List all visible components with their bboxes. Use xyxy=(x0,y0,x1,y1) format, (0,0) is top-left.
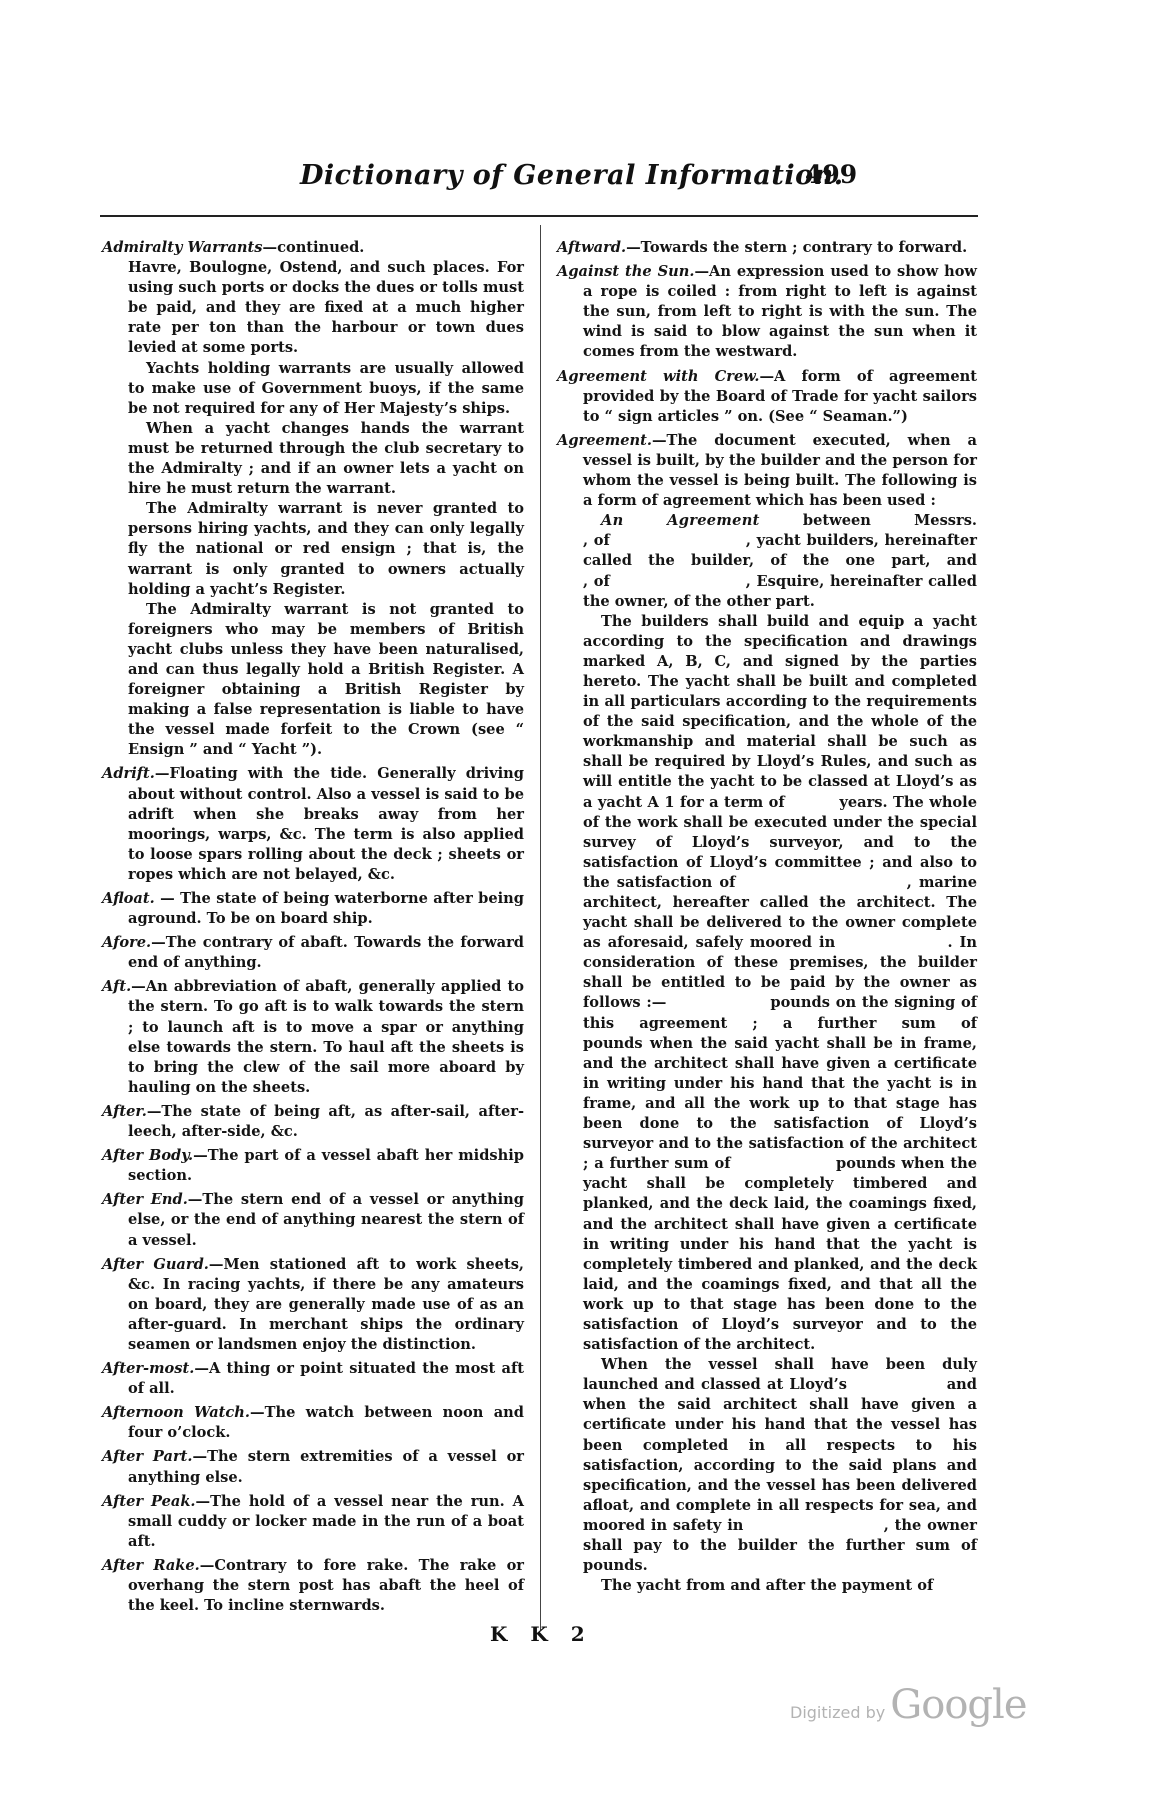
dictionary-entry-aft: Aft.—An abbreviation of abaft, generally… xyxy=(102,977,524,1098)
right-column: Aftward.—Towards the stern ; contrary to… xyxy=(557,238,977,1596)
page-number: 499 xyxy=(805,160,857,189)
entry-definition: —The state of being aft, as after-sail, … xyxy=(128,1103,524,1140)
entry-term: After End. xyxy=(102,1191,188,1208)
dictionary-entry-after-peak: After Peak.—The hold of a vessel near th… xyxy=(102,1492,524,1552)
entry-term: Agreement with Crew. xyxy=(557,368,759,385)
header-rule xyxy=(100,215,978,217)
entry-term: After Body. xyxy=(102,1147,193,1164)
dictionary-entry-afore: Afore.—The contrary of abaft. Towards th… xyxy=(102,933,524,973)
entry-term: Afore. xyxy=(102,934,151,951)
running-title: Dictionary of General Information. xyxy=(300,160,844,191)
dictionary-entry-against-the-sun: Against the Sun.—An expression used to s… xyxy=(557,262,977,362)
entry-definition: —Floating with the tide. Generally drivi… xyxy=(128,765,524,882)
watermark-prefix: Digitized by xyxy=(790,1703,885,1722)
entry-definition: —The contrary of abaft. Towards the forw… xyxy=(128,934,524,971)
google-logo: Google xyxy=(890,1682,1026,1728)
dictionary-entry-aftward: Aftward.—Towards the stern ; contrary to… xyxy=(557,238,977,258)
dictionary-entry-afternoon-watch: Afternoon Watch.—The watch between noon … xyxy=(102,1403,524,1443)
entry-term: After-most. xyxy=(102,1360,194,1377)
continued-heading: Admiralty Warrants—continued. xyxy=(102,238,524,258)
entry-term: Against the Sun. xyxy=(557,263,694,280)
signature-mark: K K 2 xyxy=(490,1622,593,1646)
dictionary-entry-after-body: After Body.—The part of a vessel abaft h… xyxy=(102,1146,524,1186)
entry-term: After Part. xyxy=(102,1448,192,1465)
dictionary-entry-afloat: Afloat. — The state of being waterborne … xyxy=(102,889,524,929)
paragraph: The Admiralty warrant is not granted to … xyxy=(102,600,524,761)
left-column: Admiralty Warrants—continued. Havre, Bou… xyxy=(102,238,524,1620)
agreement-paragraph: The yacht from and after the payment of xyxy=(557,1576,977,1596)
entry-term: Admiralty Warrants xyxy=(102,239,262,256)
dictionary-entry-after-most: After-most.—A thing or point situated th… xyxy=(102,1359,524,1399)
agreement-paragraph: The builders shall build and equip a yac… xyxy=(557,612,977,1355)
entry-definition: — The state of being waterborne after be… xyxy=(128,890,524,927)
entry-term: After Guard. xyxy=(102,1256,209,1273)
entry-term: Aft. xyxy=(102,978,131,995)
entry-term: After Peak. xyxy=(102,1493,196,1510)
agreement-paragraph: When the vessel shall have been duly lau… xyxy=(557,1355,977,1576)
entry-definition: —An abbreviation of abaft, generally app… xyxy=(128,978,524,1095)
paragraph: When a yacht changes hands the warrant m… xyxy=(102,419,524,499)
dictionary-entry-agreement-with-crew: Agreement with Crew.—A form of agreement… xyxy=(557,367,977,427)
dictionary-entry-after-end: After End.—The stern end of a vessel or … xyxy=(102,1190,524,1250)
entry-term: After. xyxy=(102,1103,147,1120)
paragraph: Havre, Boulogne, Ostend, and such places… xyxy=(102,258,524,358)
entry-term: Agreement. xyxy=(557,432,652,449)
dictionary-entry-after-part: After Part.—The stern extremities of a v… xyxy=(102,1447,524,1487)
dictionary-entry-agreement: Agreement.—The document executed, when a… xyxy=(557,431,977,511)
dictionary-entry-after: After.—The state of being aft, as after-… xyxy=(102,1102,524,1142)
entry-term: Adrift. xyxy=(102,765,155,782)
entry-term: Aftward. xyxy=(557,239,626,256)
entry-definition: —Towards the stern ; contrary to forward… xyxy=(626,239,967,256)
entry-definition: —The stern end of a vessel or anything e… xyxy=(128,1191,524,1248)
agreement-opening: An Agreement between Messrs. , of , yach… xyxy=(557,511,977,611)
entry-term: Afternoon Watch. xyxy=(102,1404,250,1421)
page-header: Dictionary of General Information. 499 xyxy=(100,160,1000,200)
agreement-blackletter-heading: An Agreement xyxy=(601,512,760,529)
dictionary-entry-after-guard: After Guard.—Men stationed aft to work s… xyxy=(102,1255,524,1355)
digitized-watermark: Digitized by Google xyxy=(790,1682,1026,1728)
entry-term: After Rake. xyxy=(102,1557,200,1574)
paragraph: Yachts holding warrants are usually allo… xyxy=(102,359,524,419)
column-divider xyxy=(540,225,541,1630)
scanned-book-page: Dictionary of General Information. 499 A… xyxy=(0,0,1153,1800)
paragraph: The Admiralty warrant is never granted t… xyxy=(102,499,524,599)
dictionary-entry-adrift: Adrift.—Floating with the tide. Generall… xyxy=(102,764,524,885)
continued-suffix: —continued. xyxy=(262,239,364,256)
dictionary-entry-after-rake: After Rake.—Contrary to fore rake. The r… xyxy=(102,1556,524,1616)
entry-term: Afloat. xyxy=(102,890,155,907)
